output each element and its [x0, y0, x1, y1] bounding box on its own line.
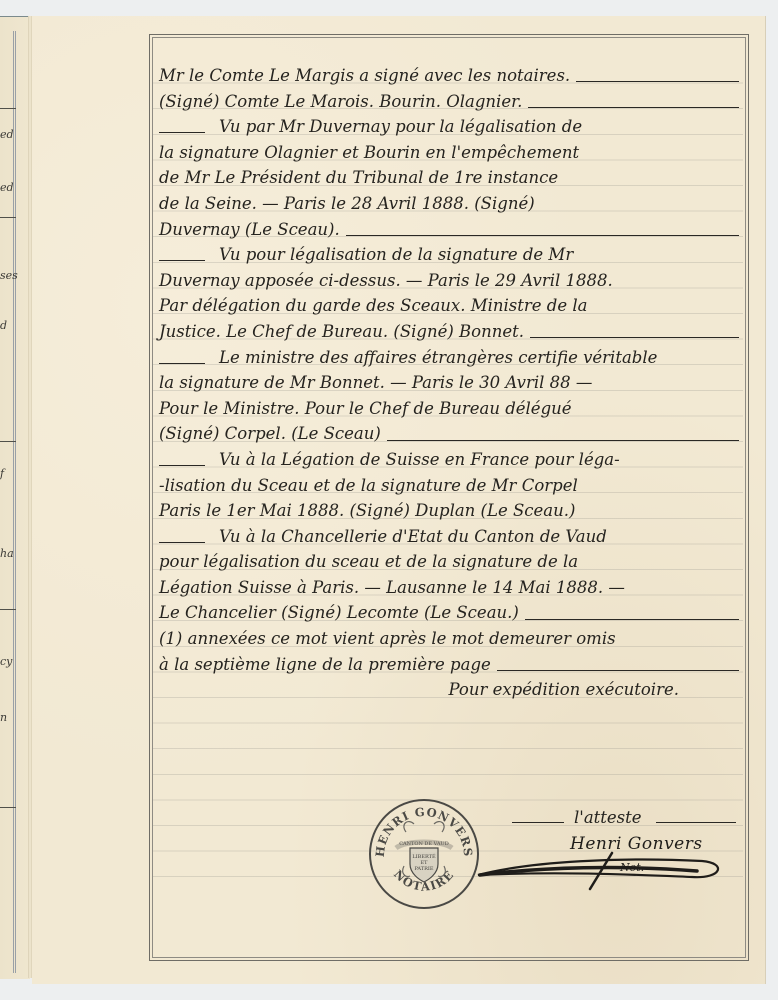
line-filler-rule [346, 235, 739, 236]
text-line: Vu pour légalisation de la signature de … [159, 242, 739, 268]
text-line: Duvernay (Le Sceau). [159, 217, 739, 243]
text-line: -lisation du Sceau et de la signature de… [159, 473, 739, 499]
paragraph-lead-dash [159, 132, 205, 133]
previous-page-fragment: ed [0, 128, 14, 141]
handwritten-text: Mr le Comte Le Margis a signé avec les n… [159, 63, 739, 703]
paragraph-lead-dash [159, 465, 205, 466]
previous-page-rule [0, 217, 16, 218]
svg-text:CANTON DE VAUD: CANTON DE VAUD [399, 841, 449, 847]
line-filler-rule [497, 670, 739, 671]
notary-signature: Henri Gonvers Not. [472, 831, 732, 891]
line-filler-rule [525, 619, 739, 620]
notary-seal-icon: HENRI GONVERS NOTAIRE CANTON DE VAUD LIB… [366, 796, 482, 912]
text-line: Duvernay apposée ci-dessus. — Paris le 2… [159, 268, 739, 294]
text-line: Vu par Mr Duvernay pour la légalisation … [159, 114, 739, 140]
document-page: Mr le Comte Le Margis a signé avec les n… [32, 16, 765, 984]
text-line-executory: Pour expédition exécutoire. [159, 677, 739, 703]
text-line: Le ministre des affaires étrangères cert… [159, 345, 739, 371]
attestation: l'atteste [512, 808, 736, 827]
previous-page-fragment: ses [0, 269, 18, 282]
previous-page-frame [13, 31, 16, 973]
text-line: (Signé) Comte Le Marois. Bourin. Olagnie… [159, 89, 739, 115]
previous-page-edge: ed ed ses d f ha cy n [0, 16, 30, 979]
previous-page-rule [0, 609, 16, 610]
paragraph-lead-dash [159, 260, 205, 261]
text-line: Vu à la Légation de Suisse en France pou… [159, 447, 739, 473]
text-line: la signature de Mr Bonnet. — Paris le 30… [159, 370, 739, 396]
text-line: de Mr Le Président du Tribunal de 1re in… [159, 165, 739, 191]
previous-page-fragment: d [0, 319, 7, 332]
scanned-document: ed ed ses d f ha cy n Mr le Comte Le Mar… [0, 0, 778, 1000]
signature-title: Not. [620, 861, 644, 874]
previous-page-fragment: cy [0, 655, 12, 668]
previous-page-fragment: ed [0, 181, 14, 194]
previous-page-fragment: ha [0, 547, 14, 560]
text-line: Paris le 1er Mai 1888. (Signé) Duplan (L… [159, 498, 739, 524]
text-line: de la Seine. — Paris le 28 Avril 1888. (… [159, 191, 739, 217]
line-filler-rule [528, 107, 739, 108]
attest-dash-right [656, 822, 736, 823]
text-line: pour légalisation du sceau et de la sign… [159, 549, 739, 575]
attest-label: l'atteste [574, 808, 642, 827]
previous-page-fragment: f [0, 467, 4, 480]
text-line: à la septième ligne de la première page [159, 652, 739, 678]
text-line: Par délégation du garde des Sceaux. Mini… [159, 293, 739, 319]
previous-page-rule [0, 807, 16, 808]
marginal-note-line: (1) annexées ce mot vient après le mot d… [159, 626, 739, 652]
paragraph-lead-dash [159, 542, 205, 543]
text-line: (Signé) Corpel. (Le Sceau) [159, 421, 739, 447]
text-line: Le Chancelier (Signé) Lecomte (Le Sceau.… [159, 600, 739, 626]
line-filler-rule [530, 337, 739, 338]
previous-page-rule [0, 441, 16, 442]
text-line: Pour le Ministre. Pour le Chef de Bureau… [159, 396, 739, 422]
signature-name: Henri Gonvers [570, 834, 703, 854]
text-line: la signature Olagnier et Bourin en l'emp… [159, 140, 739, 166]
line-filler-rule [387, 440, 739, 441]
previous-page-rule [0, 108, 16, 109]
attest-dash-left [512, 822, 564, 823]
svg-text:PATRIE: PATRIE [415, 866, 434, 872]
previous-page-fragment: n [0, 711, 7, 724]
text-line: Légation Suisse à Paris. — Lausanne le 1… [159, 575, 739, 601]
paragraph-lead-dash [159, 363, 205, 364]
line-filler-rule [576, 81, 739, 82]
text-line: Justice. Le Chef de Bureau. (Signé) Bonn… [159, 319, 739, 345]
text-line: Vu à la Chancellerie d'Etat du Canton de… [159, 524, 739, 550]
text-line: Mr le Comte Le Margis a signé avec les n… [159, 63, 739, 89]
svg-text:LIBERTÉ: LIBERTÉ [412, 852, 436, 860]
notary-stamp: HENRI GONVERS NOTAIRE CANTON DE VAUD LIB… [366, 796, 482, 912]
